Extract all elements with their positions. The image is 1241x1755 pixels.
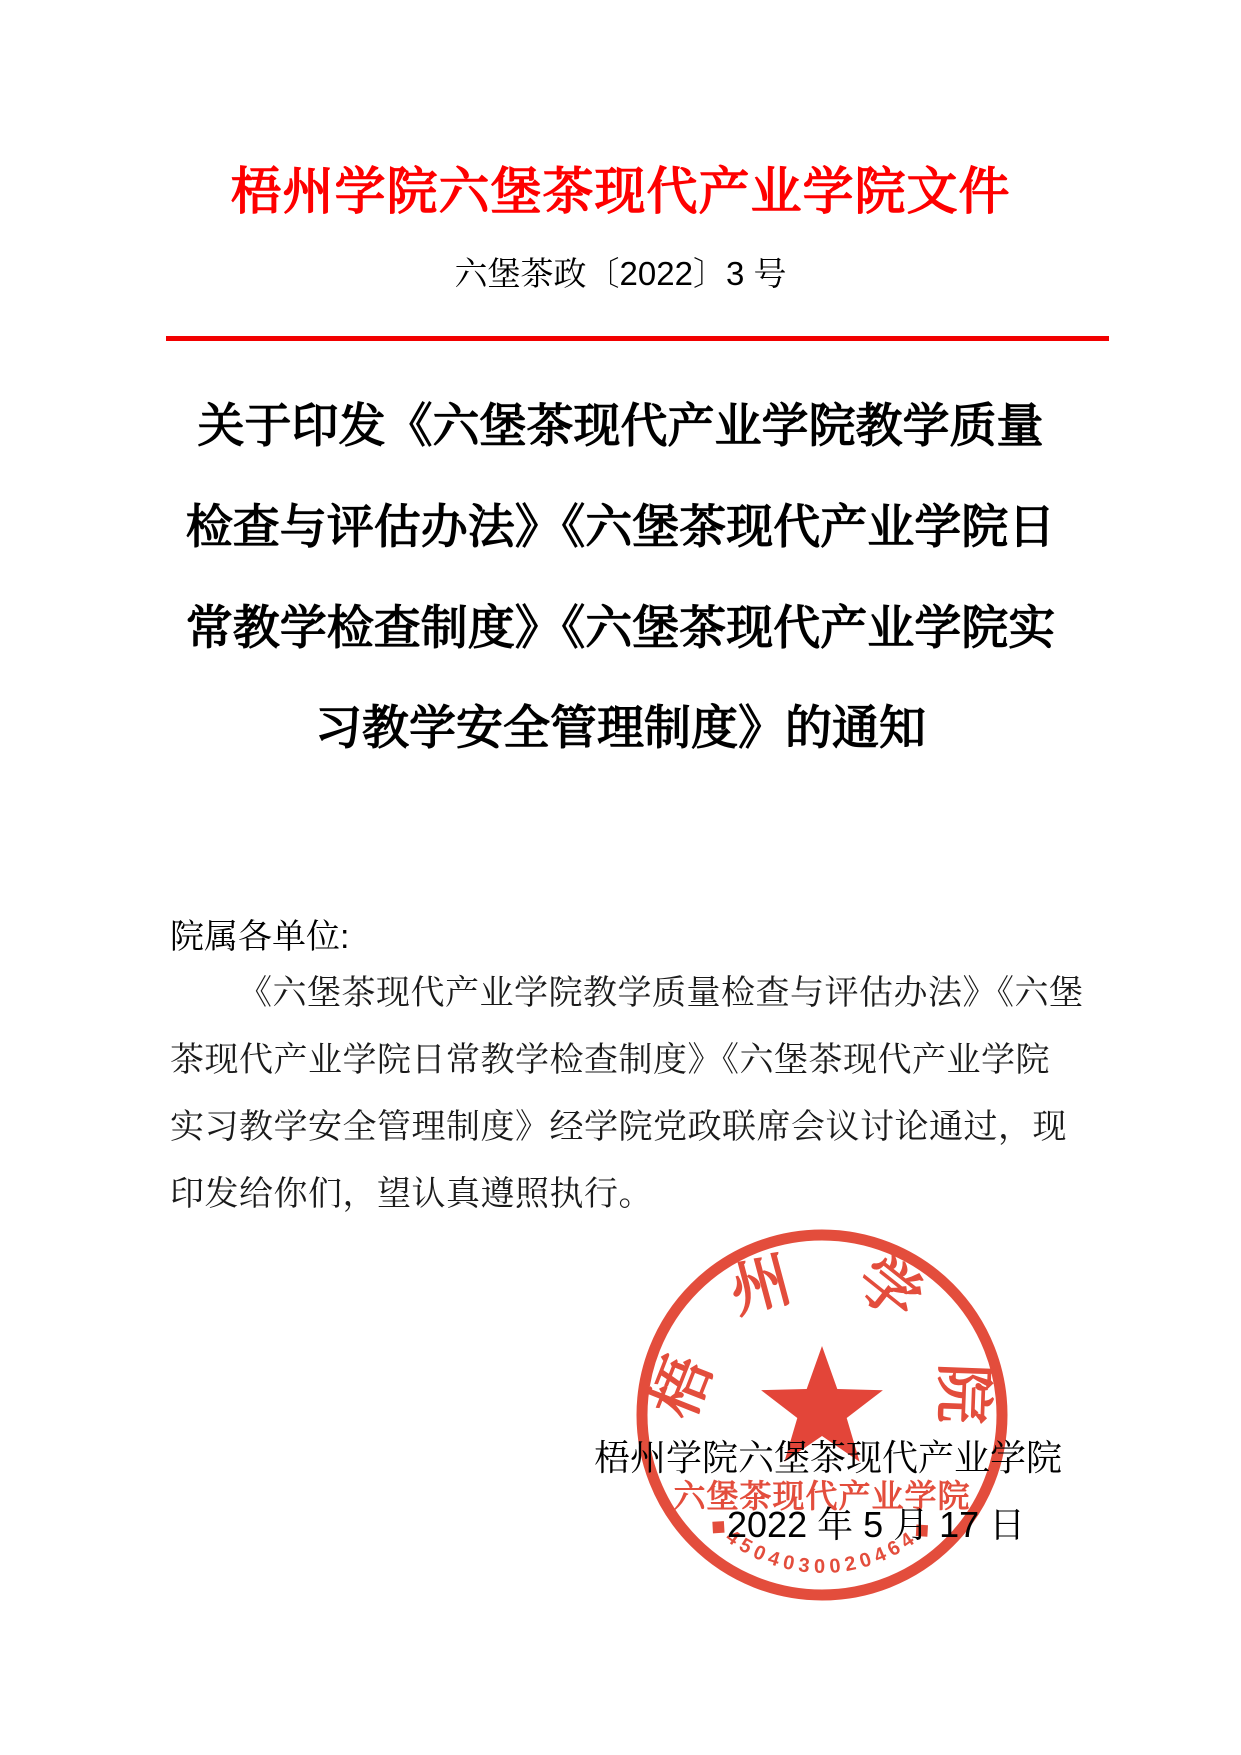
red-separator-line <box>166 336 1109 341</box>
official-seal: 梧州学院 六堡茶现代产业学院 ◆4504030020464◆ <box>632 1225 1012 1605</box>
body-line: 印发给你们，望认真遵照执行。 <box>170 1173 653 1216</box>
document-page: 梧州学院六堡茶现代产业学院文件 六堡茶政〔2022〕3 号 关于印发《六堡茶现代… <box>0 0 1241 1755</box>
doc-title-line: 关于印发《六堡茶现代产业学院教学质量 <box>0 398 1241 454</box>
body-line: 《六堡茶现代产业学院教学质量检查与评估办法》《六堡 <box>170 972 1084 1015</box>
body-line: 茶现代产业学院日常教学检查制度》《六堡茶现代产业学院 <box>170 1039 1050 1082</box>
body-line: 实习教学安全管理制度》经学院党政联席会议讨论通过，现 <box>170 1106 1067 1149</box>
salutation: 院属各单位: <box>170 909 349 958</box>
doc-title-line: 常教学检查制度》《六堡茶现代产业学院实 <box>0 600 1241 656</box>
signature-org: 梧州学院六堡茶现代产业学院 <box>594 1430 1062 1481</box>
doc-title-line: 检查与评估办法》《六堡茶现代产业学院日 <box>0 499 1241 555</box>
doc-number: 六堡茶政〔2022〕3 号 <box>0 248 1241 295</box>
red-header-title: 梧州学院六堡茶现代产业学院文件 <box>0 150 1241 224</box>
seal-graphic: 梧州学院 六堡茶现代产业学院 ◆4504030020464◆ <box>632 1225 1012 1605</box>
signature-date: 2022 年 5 月 17 日 <box>727 1497 1025 1548</box>
doc-title-line: 习教学安全管理制度》的通知 <box>0 700 1241 756</box>
